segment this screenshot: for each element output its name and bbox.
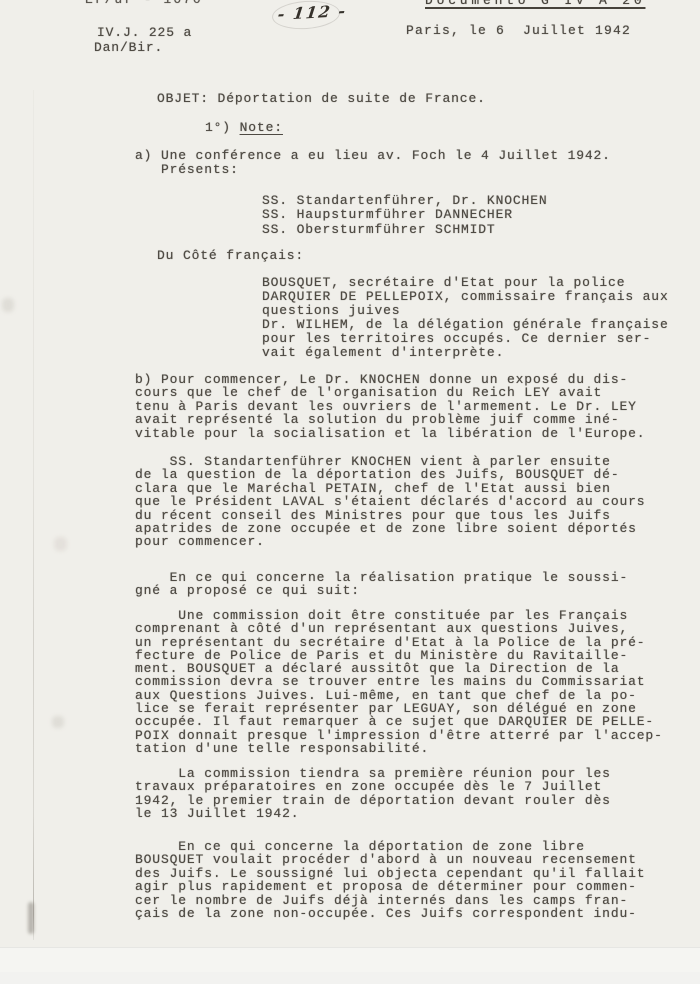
subject-line: OBJET: Déportation de suite de France.	[157, 92, 486, 105]
scan-bottom-edge	[0, 947, 700, 984]
author-initials: Dan/Bir.	[94, 41, 163, 54]
smudge	[54, 537, 67, 551]
smudge	[2, 298, 14, 312]
document-page: Er/ur - 1670 IV.J. 225 a Dan/Bir. - 112 …	[0, 0, 700, 984]
paragraph-b: b) Pour commencer, Le Dr. KNOCHEN donne …	[135, 373, 645, 440]
smudge	[52, 716, 64, 728]
paper-fold-line	[33, 90, 34, 940]
dateline: Paris, le 6 Juillet 1942	[406, 24, 631, 37]
archive-ref-clipped: Er/ur - 1670	[85, 0, 203, 6]
french-side-heading: Du Côté français:	[157, 249, 304, 262]
ink-smudge	[28, 902, 34, 934]
file-number: IV.J. 225 a	[97, 26, 192, 39]
paragraph-knochen-deportation: SS. Standartenführer KNOCHEN vient à par…	[135, 455, 645, 549]
paragraph-realisation: En ce qui concerne la réalisation pratiq…	[135, 571, 628, 598]
paragraph-a: a) Une conférence a eu lieu av. Foch le …	[135, 149, 611, 177]
french-attendees-list: BOUSQUET, secrétaire d'Etat pour la poli…	[262, 276, 669, 360]
document-reference: Documento G IV A 20	[425, 0, 645, 7]
note-label: Note:	[240, 120, 283, 135]
handwritten-page-number: - 112 -	[277, 4, 348, 21]
scan-bottom-edge-inner	[0, 972, 700, 984]
german-attendees-list: SS. Standartenführer, Dr. KNOCHEN SS. Ha…	[262, 194, 548, 237]
paragraph-commission: Une commission doit être constituée par …	[135, 609, 663, 755]
paragraph-premiere-reunion: La commission tiendra sa première réunio…	[135, 767, 611, 821]
paragraph-zone-libre: En ce qui concerne la déportation de zon…	[135, 840, 645, 920]
note-number: 1°)	[205, 120, 240, 135]
note-heading: 1°) Note:	[205, 121, 283, 134]
